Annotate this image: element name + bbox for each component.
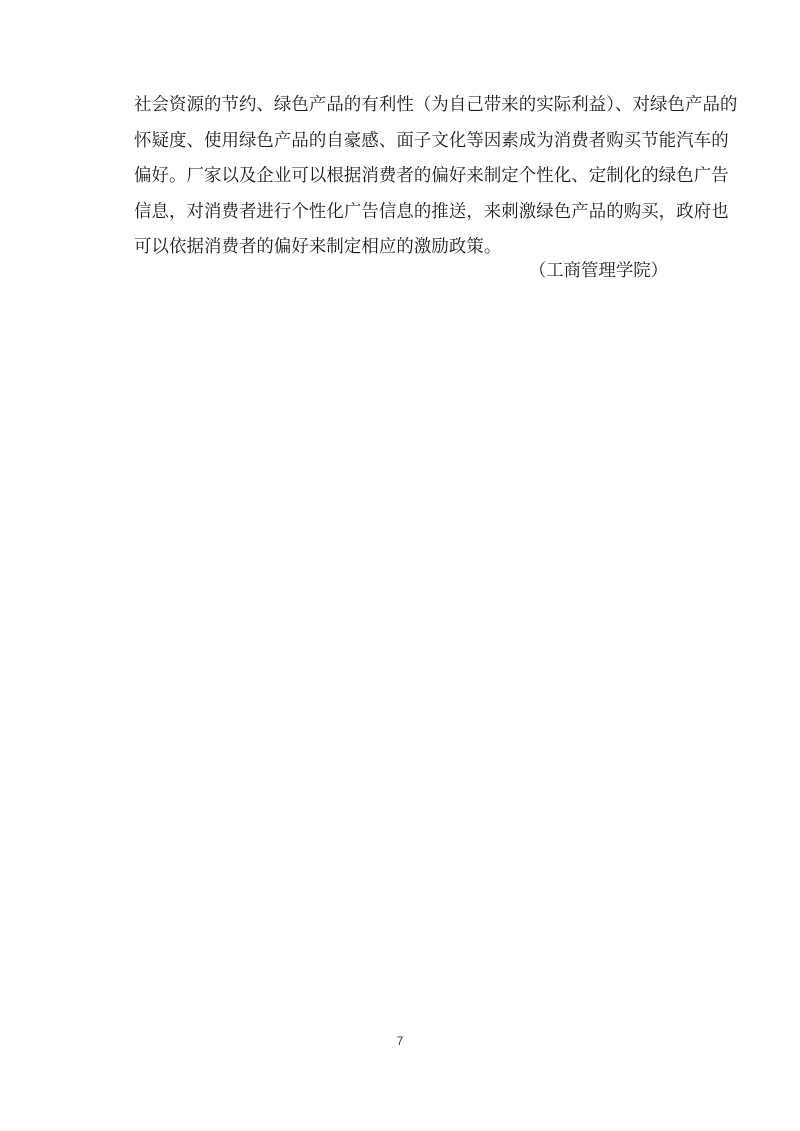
- paragraph-line: 信息，对消费者进行个性化广告信息的推送，来刺激绿色产品的购买，政府也: [134, 195, 686, 231]
- paragraph-line: 偏好。厂家以及企业可以根据消费者的偏好来制定个性化、定制化的绿色广告: [134, 159, 686, 195]
- paragraph-line: 怀疑度、使用绿色产品的自豪感、面子文化等因素成为消费者购买节能汽车的: [134, 124, 686, 160]
- author-affiliation: （工商管理学院）: [529, 256, 668, 286]
- body-paragraph: 社会资源的节约、绿色产品的有利性（为自己带来的实际利益）、对绿色产品的 怀疑度、…: [134, 88, 686, 266]
- document-page: 社会资源的节约、绿色产品的有利性（为自己带来的实际利益）、对绿色产品的 怀疑度、…: [0, 0, 800, 1131]
- paragraph-line: 社会资源的节约、绿色产品的有利性（为自己带来的实际利益）、对绿色产品的: [134, 88, 686, 124]
- page-number: 7: [0, 1034, 800, 1048]
